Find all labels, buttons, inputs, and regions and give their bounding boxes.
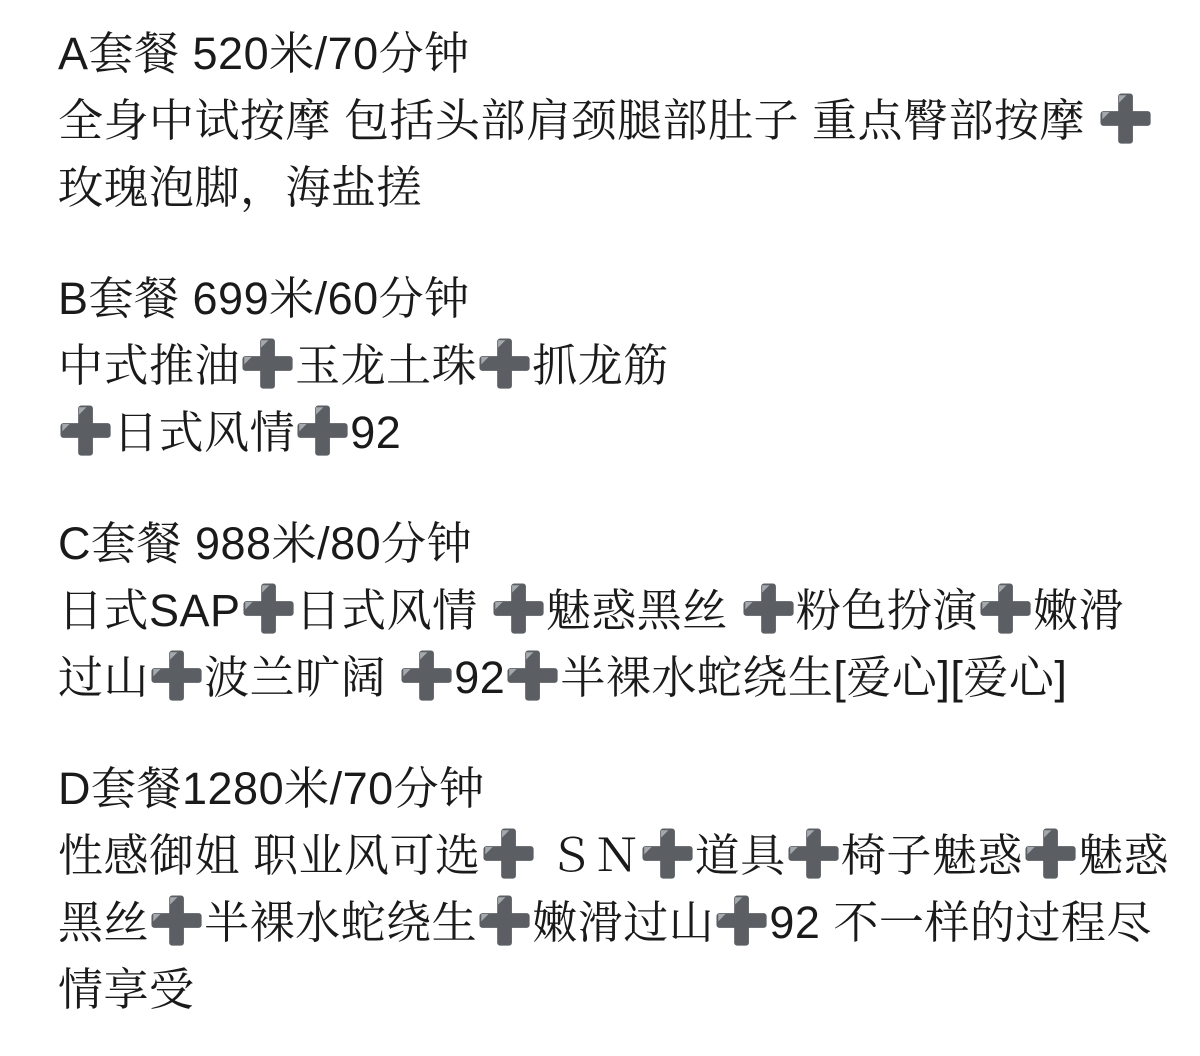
text-segment: 波兰旷阔 [204, 652, 399, 703]
text-segment: 魅惑黑丝 [546, 585, 741, 636]
text-segment: 玉龙土珠 [295, 340, 477, 391]
text-segment: 抓龙筋 [532, 340, 669, 391]
package-line: 情享受 [58, 956, 1184, 1023]
text-segment: 日式风情 [113, 407, 295, 458]
heavy-plus-icon [641, 827, 694, 880]
package-line: 日式SAP日式风情 魅惑黑丝 粉色扮演嫩滑 [58, 577, 1184, 644]
heavy-plus-icon [59, 404, 112, 457]
text-segment: 中式推油 [58, 340, 240, 391]
text-segment: 全身中试按摩 包括头部肩颈腿部肚子 重点臀部按摩 [58, 95, 1098, 146]
heavy-plus-icon [979, 582, 1032, 635]
text-segment: 92 不一样的过程尽 [769, 897, 1152, 948]
text-segment: 过山 [58, 652, 149, 703]
package-list: A套餐 520米/70分钟全身中试按摩 包括头部肩颈腿部肚子 重点臀部按摩 玫瑰… [0, 0, 1200, 1056]
text-segment: 性感御姐 职业风可选 [58, 830, 481, 881]
package-title: A套餐 520米/70分钟 [58, 20, 1184, 87]
text-segment: 半裸水蛇绕生 [204, 897, 477, 948]
heavy-plus-icon [742, 582, 795, 635]
heavy-plus-icon [296, 404, 349, 457]
text-segment: 嫩滑过山 [532, 897, 714, 948]
heavy-plus-icon [1024, 827, 1077, 880]
text-segment: 92 [454, 652, 505, 703]
text-segment: 魅惑 [1078, 830, 1169, 881]
heavy-plus-icon [150, 894, 203, 947]
heavy-plus-icon [506, 649, 559, 702]
package-line: 过山波兰旷阔 92半裸水蛇绕生[爱心][爱心] [58, 644, 1184, 711]
text-segment: ＳＮ [536, 830, 640, 881]
package-line: 黑丝半裸水蛇绕生嫩滑过山92 不一样的过程尽 [58, 889, 1184, 956]
package-section-c: C套餐 988米/80分钟日式SAP日式风情 魅惑黑丝 粉色扮演嫩滑过山波兰旷阔… [58, 510, 1184, 711]
package-title: D套餐1280米/70分钟 [58, 755, 1184, 822]
heavy-plus-icon [242, 582, 295, 635]
package-line: 性感御姐 职业风可选 ＳＮ道具椅子魅惑魅惑 [58, 822, 1184, 889]
package-section-d: D套餐1280米/70分钟性感御姐 职业风可选 ＳＮ道具椅子魅惑魅惑黑丝半裸水蛇… [58, 755, 1184, 1023]
text-segment: 玫瑰泡脚，海盐搓 [58, 162, 422, 213]
heavy-plus-icon [478, 337, 531, 390]
package-line: 玫瑰泡脚，海盐搓 [58, 154, 1184, 221]
heavy-plus-icon [715, 894, 768, 947]
text-segment: 黑丝 [58, 897, 149, 948]
heavy-plus-icon [482, 827, 535, 880]
text-segment: 嫩滑 [1033, 585, 1124, 636]
package-title: B套餐 699米/60分钟 [58, 265, 1184, 332]
text-segment: 情享受 [58, 964, 195, 1015]
heavy-plus-icon [478, 894, 531, 947]
heavy-plus-icon [787, 827, 840, 880]
text-segment: 92 [350, 407, 401, 458]
text-segment: 日式风情 [296, 585, 491, 636]
package-title: C套餐 988米/80分钟 [58, 510, 1184, 577]
text-segment: 椅子魅惑 [841, 830, 1023, 881]
text-segment: 粉色扮演 [796, 585, 978, 636]
heavy-plus-icon [1099, 92, 1152, 145]
heavy-plus-icon [400, 649, 453, 702]
text-segment: 道具 [695, 830, 786, 881]
page: { "page": { "background": "#ffffff", "te… [0, 0, 1200, 1056]
heavy-plus-icon [150, 649, 203, 702]
package-line: 中式推油玉龙土珠抓龙筋 [58, 332, 1184, 399]
heavy-plus-icon [492, 582, 545, 635]
package-line: 全身中试按摩 包括头部肩颈腿部肚子 重点臀部按摩 [58, 87, 1184, 154]
text-segment: 半裸水蛇绕生[爱心][爱心] [560, 652, 1067, 703]
text-segment: 日式SAP [58, 585, 241, 636]
package-section-a: A套餐 520米/70分钟全身中试按摩 包括头部肩颈腿部肚子 重点臀部按摩 玫瑰… [58, 20, 1184, 221]
package-line: 日式风情92 [58, 399, 1184, 466]
heavy-plus-icon [241, 337, 294, 390]
package-section-b: B套餐 699米/60分钟中式推油玉龙土珠抓龙筋日式风情92 [58, 265, 1184, 466]
